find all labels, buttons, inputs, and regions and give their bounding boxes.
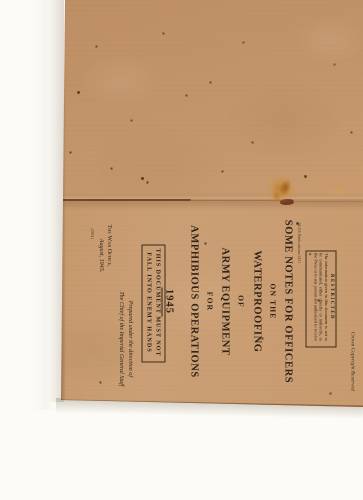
direction-line: The Chief of the Imperial General Staff (116, 291, 125, 386)
warning-line: FALL INTO ENEMY HANDS (144, 245, 153, 359)
crown-copyright-notice: Crown Copyright Reserved (350, 331, 356, 390)
restricted-body: The information given in this document i… (307, 253, 328, 341)
imprint-block: The War Office, August, 1945. (82, 224, 113, 311)
warning-box-inner: THIS DOCUMENT MUST NOT FALL INTO ENEMY H… (144, 245, 164, 359)
title-block: SOME NOTES FOR OFFICERS ON THE WATERPROO… (161, 200, 293, 402)
front-cover-content: 26/GS Publications/1411 Crown Copyright … (62, 200, 363, 402)
imprint-block-inner: The War Office, August, 1945. (96, 224, 113, 272)
faint-stain (326, 184, 348, 199)
publication-code: 26/GS Publications/1411 (297, 222, 301, 263)
restricted-box: RESTRICTED The information given in this… (305, 250, 336, 347)
restricted-heading: RESTRICTED (329, 253, 334, 341)
title-line: WATERPROOFING (250, 200, 261, 402)
scanned-pamphlet-photo: 26/GS Publications/1411 Crown Copyright … (0, 0, 363, 500)
direction-block-inner: Prepared under the direction of The Chie… (116, 291, 134, 386)
paper-speckles (0, 0, 1, 1)
imprint-date: August, 1945. (96, 238, 104, 271)
title-line: ON THE (268, 200, 276, 402)
title-line: FOR (205, 200, 213, 402)
imprint-office: The War Office, (105, 224, 113, 272)
warning-line: THIS DOCUMENT MUST NOT (153, 245, 162, 359)
restricted-box-inner: RESTRICTED The information given in this… (306, 251, 335, 342)
warning-box: THIS DOCUMENT MUST NOT FALL INTO ENEMY H… (141, 244, 165, 362)
title-line: AMPHIBIOUS OPERATIONS (187, 200, 198, 402)
title-line: OF (236, 200, 244, 402)
direction-line: Prepared under the direction of (125, 291, 134, 386)
print-code: (2911) (90, 228, 95, 239)
title-line: ARMY EQUIPMENT (219, 200, 230, 402)
title-line: SOME NOTES FOR OFFICERS (282, 200, 293, 402)
